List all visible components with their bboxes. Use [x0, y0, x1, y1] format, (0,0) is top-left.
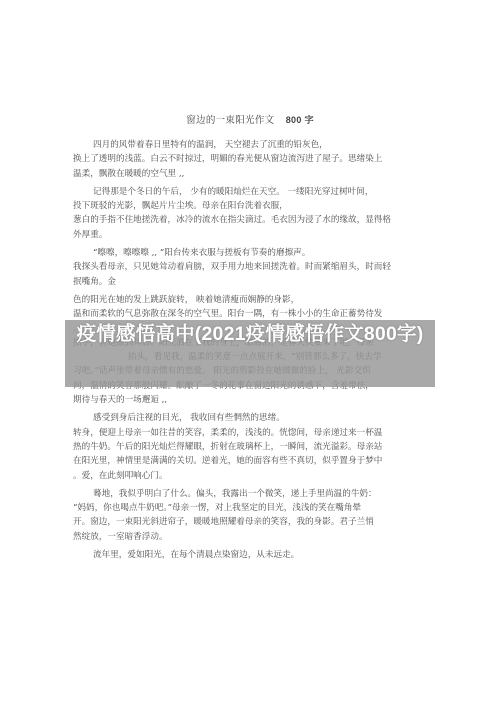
text-line: 色的阳光在她的发上跳跃旋转， 映着她清瘦而娴静的身影， — [73, 293, 421, 307]
text-line: 外厚重。 — [73, 228, 421, 242]
text-line: 葱白的手指不住地搓洗着，冰冷的流水在指尖滴过。毛衣因为浸了水的缘故，显得格 — [73, 213, 421, 227]
paragraph: 四月的风带着春日里特有的温润， 天空褪去了沉重的铅灰色， 换上了透明的浅蓝。白云… — [73, 138, 421, 181]
text-line: 记得那是个冬日的午后， 少有的暖阳灿烂在天空。 一缕阳光穿过树叶间， — [73, 185, 421, 199]
overlay-title: 疫情感悟高中(2021疫情感悟作文800字) — [62, 322, 438, 346]
document-title-word-count: 800 字 — [286, 115, 314, 125]
text-line: 我探头看母亲，只见她耸动着肩膀，双手用力地来回搓洗着。时而紧缩眉头，时而轻 — [73, 260, 421, 274]
paragraph: 流年里，爱如阳光，在每个清晨点染窗边，从未远走。 — [73, 548, 421, 562]
paragraph: 感受到身后注视的目光， 我收回有些惘然的思绪。 转身，便迎上母亲一如往昔的笑容，… — [73, 411, 421, 482]
text-line: 期待与春天的一场邂逅 ,, — [73, 393, 421, 407]
text-line: 抿嘴角。金 — [73, 275, 421, 289]
document-title-text: 窗边的一束阳光作文 — [186, 115, 274, 126]
paragraph: “嚓嚓，嚓嚓嚓 ,, ”阳台传来衣服与搓板有节奏的磨擦声。 我探头看母亲，只见她… — [73, 246, 421, 289]
document-page: 窗边的一束阳光作文 800 字 四月的风带着春日里特有的温润， 天空褪去了沉重的… — [0, 0, 500, 707]
text-line: 开。窗边，一束阳光斜进帘子，暖暖地照耀着母亲的笑容，我的身影。君子兰悄 — [73, 515, 421, 529]
text-line: 四月的风带着春日里特有的温润， 天空褪去了沉重的铅灰色， — [73, 138, 421, 152]
text-line: 然绽放，一室暗香浮动。 — [73, 530, 421, 544]
text-line: 在阳光里，神情里是满满的关切。逆着光，她的面容有些不真切，似乎置身于梦中 — [73, 454, 421, 468]
text-line: 感受到身后注视的目光， 我收回有些惘然的思绪。 — [73, 411, 421, 425]
text-line: 流年里，爱如阳光，在每个清晨点染窗边，从未远走。 — [73, 548, 421, 562]
text-line: 。爱，在此刻叩响心门。 — [73, 469, 421, 483]
document-title: 窗边的一束阳光作文 800 字 — [0, 112, 500, 126]
text-line: “妈妈，你也喝点牛奶吧。”母亲一愣，对上我坚定的目光，浅浅的笑在嘴角晕 — [73, 501, 421, 515]
text-line: 热的牛奶。午后的阳光灿烂得耀眼，折射在玻璃杯上，一瞬间，流光溢彩。母亲站 — [73, 440, 421, 454]
text-line: “嚓嚓，嚓嚓嚓 ,, ”阳台传来衣服与搓板有节奏的磨擦声。 — [73, 246, 421, 260]
text-line: 转身，便迎上母亲一如往昔的笑容，柔柔的，浅浅的。恍惚间，母亲递过来一杯温 — [73, 426, 421, 440]
text-line: 投下斑驳的光影，飘起片片尘埃。母亲在阳台洗着衣服， — [73, 199, 421, 213]
paragraph: 蓦地，我似乎明白了什么。偏头，我露出一个微笑，递上手里尚温的牛奶： “妈妈，你也… — [73, 487, 421, 544]
text-line: 温柔，飘散在暖暖的空气里 ,, — [73, 167, 421, 181]
text-line: 蓦地，我似乎明白了什么。偏头，我露出一个微笑，递上手里尚温的牛奶： — [73, 487, 421, 501]
text-line: 换上了透明的浅蓝。白云不时掠过，明媚的春光便从窗边流泻进了屋子。思绪染上 — [73, 152, 421, 166]
paragraph: 记得那是个冬日的午后， 少有的暖阳灿烂在天空。 一缕阳光穿过树叶间， 投下斑驳的… — [73, 185, 421, 242]
